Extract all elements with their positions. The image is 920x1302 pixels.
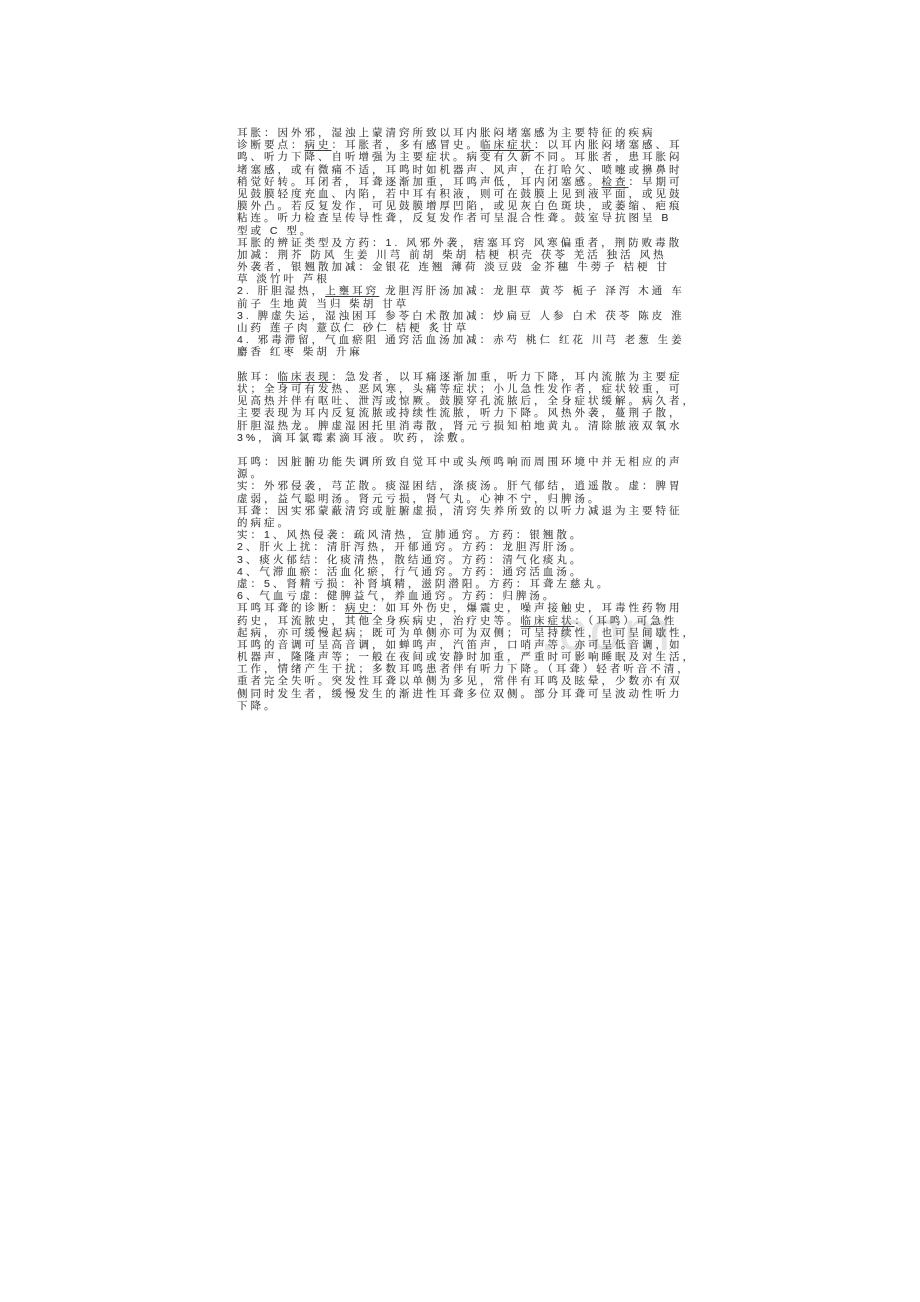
text-line: 3%，滴耳氯霉素滴耳液。吹药，涂敷。 (237, 432, 689, 444)
underlined-term: 检查 (602, 176, 629, 188)
underlined-term: 上壅耳窍 (325, 285, 379, 297)
text-line: 稍觉好转。耳闭者，耳聋逐渐加重，耳鸣声低，耳内闭塞感。检查：早期可 (237, 176, 689, 188)
text-line: 机器声，隆隆声等；一般在夜间或安静时加重，严重时可影响睡眠及对生活， (237, 651, 689, 663)
text-line: 2、肝火上扰：清肝泻热，开郁通窍。方药：龙胆泻肝汤。 (237, 541, 689, 553)
underlined-term: 临床症状 (521, 615, 575, 627)
text-line: 实：1、风热侵袭：疏风清热，宣肺通窍。方药：银翘散。 (237, 529, 689, 541)
text-line: 起病，亦可缓慢起病；既可为单侧亦可为双侧；可呈持续性，也可呈间歇性， (237, 627, 689, 639)
text-line: 堵塞感，或有微痛不适，耳鸣时如机器声、风声，在打哈欠、喷嚏或擤鼻时 (237, 164, 689, 176)
text-line: 状；全身可有发热、恶风寒，头痛等症状；小儿急性发作者，症状较重，可 (237, 383, 689, 395)
text-line: 脓耳：临床表现：急发者，以耳痛逐渐加重，听力下降，耳内流脓为主要症 (237, 371, 689, 383)
text-line: 麝香 红枣 柴胡 升麻 (237, 346, 689, 358)
text-line: 工作，情绪产生干扰；多数耳鸣患者伴有听力下降。（耳聋）轻者听音不清， (237, 663, 689, 675)
text-segment: ：耳胀者，多有感冒史。 (332, 139, 481, 151)
text-segment: ：如耳外伤史，爆震史，噪声接触史，耳毒性药物用 (372, 602, 683, 614)
text-line: 耳胀的辨证类型及方药：1. 风邪外袭，痞塞耳窍 风寒偏重者，荆防败毒散 (237, 237, 689, 249)
text-segment: 药史，耳流脓史，其他全身疾病史，治疗史等。 (237, 615, 521, 627)
text-line: 草 淡竹叶 芦根 (237, 273, 689, 285)
text-line: 粘连。听力检查呈传导性聋，反复发作者可呈混合性聋。鼓室导抗图呈 B (237, 212, 689, 224)
text-segment: 稍觉好转。耳闭者，耳聋逐渐加重，耳鸣声低，耳内闭塞感。 (237, 176, 602, 188)
text-segment: ：（耳鸣）可急性 (575, 615, 678, 627)
text-line: 见鼓膜轻度充血、内陷，若中耳有积液，则可在鼓膜上见到液平面，或见鼓 (237, 188, 689, 200)
text-line: 下降。 (237, 700, 689, 712)
text-line: 外袭者，银翘散加减：金银花 连翘 薄荷 淡豆豉 金芥穗 牛蒡子 桔梗 甘 (237, 261, 689, 273)
text-line: 耳聋：因实邪蒙蔽清窍或脏腑虚损，清窍失养所致的以听力减退为主要特征 (237, 505, 689, 517)
text-line: 肝胆湿热龙。脾虚湿困托里消毒散，肾元亏损知柏地黄丸。清除脓液双氧水 (237, 420, 689, 432)
text-line: 前子 生地黄 当归 柴胡 甘草 (237, 298, 689, 310)
text-line: 耳鸣耳聋的诊断：病史：如耳外伤史，爆震史，噪声接触史，耳毒性药物用 (237, 602, 689, 614)
text-segment: ：早期可 (629, 176, 683, 188)
text-line: 诊断要点：病史：耳胀者，多有感冒史。临床症状：以耳内胀闷堵塞感、耳 (237, 139, 689, 151)
text-line: 的病症。 (237, 517, 689, 529)
text-line: 3. 脾虚失运，湿浊困耳 参苓白术散加减：炒扁豆 人参 白术 茯苓 陈皮 淮 (237, 310, 689, 322)
text-segment: 龙胆泻肝汤加减：龙胆草 黄芩 栀子 泽泻 木通 车 (379, 285, 685, 297)
text-line: 3、痰火郁结：化痰清热，散结通窍。方药：清气化痰丸。 (237, 554, 689, 566)
text-line: 4. 邪毒滞留，气血瘀阻 通窍活血汤加减：赤芍 桃仁 红花 川芎 老葱 生姜 (237, 334, 689, 346)
text-line: 虚：5、肾精亏损：补肾填精，滋阴潜阳。方药：耳聋左慈丸。 (237, 578, 689, 590)
text-line: 源。 (237, 468, 689, 480)
blank-line (237, 359, 689, 371)
underlined-term: 病史 (345, 602, 372, 614)
underlined-term: 病史 (305, 139, 332, 151)
text-segment: 耳鸣耳聋的诊断： (237, 602, 345, 614)
text-line: 主要表现为耳内反复流脓或持续性流脓，听力下降。风热外袭，蔓荆子散， (237, 407, 689, 419)
text-line: 实：外邪侵袭，芎芷散。痰湿困结，涤痰汤。肝气郁结，逍遥散。虚：脾胃 (237, 480, 689, 492)
blank-line (237, 444, 689, 456)
text-segment: 脓耳： (237, 371, 278, 383)
text-line: 药史，耳流脓史，其他全身疾病史，治疗史等。临床症状：（耳鸣）可急性 (237, 615, 689, 627)
text-line: 6、气血亏虚：健脾益气，养血通窍。方药：归脾汤。 (237, 590, 689, 602)
underlined-term: 临床症状 (480, 139, 534, 151)
text-line: 虚弱，益气聪明汤。肾元亏损，肾气丸。心神不宁，归脾汤。 (237, 493, 689, 505)
text-segment: 2. 肝胆湿热， (237, 285, 325, 297)
text-line: 山药 莲子肉 薏苡仁 砂仁 桔梗 炙甘草 (237, 322, 689, 334)
text-line: 见高热并伴有呕吐、泄泻或惊厥。鼓膜穿孔流脓后，全身症状缓解。病久者， (237, 395, 689, 407)
underlined-term: 临床表现 (278, 371, 332, 383)
text-line: 型或 C 型。 (237, 225, 689, 237)
text-line: 2. 肝胆湿热，上壅耳窍 龙胆泻肝汤加减：龙胆草 黄芩 栀子 泽泻 木通 车 (237, 285, 689, 297)
text-line: 耳鸣的音调可呈高音调，如蝉鸣声，汽笛声，口哨声等。亦可呈低音调，如 (237, 639, 689, 651)
text-segment: 诊断要点： (237, 139, 305, 151)
document-page: .com 耳胀：因外邪，湿浊上蒙清窍所致以耳内胀闷堵塞感为主要特征的疾病诊断要点… (0, 0, 920, 1302)
text-line: 鸣、听力下降、自听增强为主要症状。病变有久新不同。耳胀者，患耳胀闷 (237, 151, 689, 163)
text-block: 耳胀：因外邪，湿浊上蒙清窍所致以耳内胀闷堵塞感为主要特征的疾病诊断要点：病史：耳… (237, 127, 689, 712)
text-line: 耳胀：因外邪，湿浊上蒙清窍所致以耳内胀闷堵塞感为主要特征的疾病 (237, 127, 689, 139)
text-segment: ：急发者，以耳痛逐渐加重，听力下降，耳内流脓为主要症 (332, 371, 683, 383)
text-line: 加减：荆芥 防风 生姜 川芎 前胡 柴胡 桔梗 枳壳 茯苓 羌活 独活 风热 (237, 249, 689, 261)
text-line: 膜外凸。若反复发作，可见鼓膜增厚凹陷，或见灰白色斑块，或萎缩、疤痕 (237, 200, 689, 212)
text-segment: ：以耳内胀闷堵塞感、耳 (534, 139, 683, 151)
text-line: 4、气滞血瘀：活血化瘀，行气通窍。方药：通窍活血汤。 (237, 566, 689, 578)
text-line: 侧同时发生者，缓慢发生的渐进性耳聋多位双侧。部分耳聋可呈波动性听力 (237, 688, 689, 700)
text-line: 重者完全失听。突发性耳聋以单侧为多见，常伴有耳鸣及眩晕，少数亦有双 (237, 675, 689, 687)
text-line: 耳鸣：因脏腑功能失调所致自觉耳中或头颅鸣响而周围环境中并无相应的声 (237, 456, 689, 468)
